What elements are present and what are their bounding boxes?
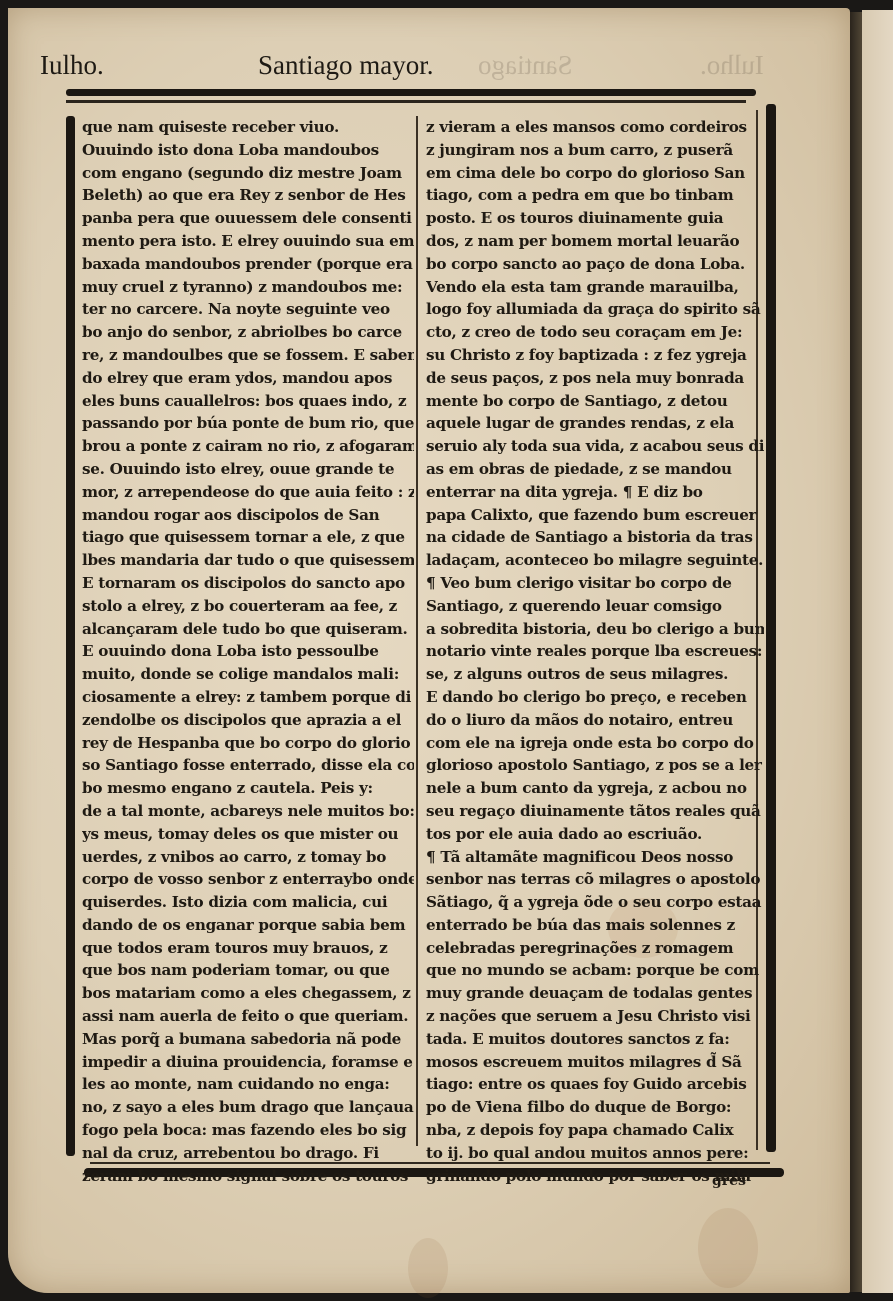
text-line: cto, z creo de todo seu coraçam em Je:	[426, 321, 764, 344]
text-line: stolo a elrey, z bo couerteram aa fee, z	[82, 595, 414, 618]
text-line: so Santiago fosse enterrado, disse ela c…	[82, 754, 414, 777]
text-line: z nações que seruem a Jesu Christo visi	[426, 1005, 764, 1028]
text-line: notario vinte reales porque lba escreues…	[426, 640, 764, 663]
text-line: que todos eram touros muy brauos, z	[82, 937, 414, 960]
text-line: seruio aly toda sua vida, z acabou seus …	[426, 435, 764, 458]
text-line: brou a ponte z cairam no rio, z afogaram	[82, 435, 414, 458]
text-line: com engano (segundo diz mestre Joam	[82, 162, 414, 185]
text-line: muy cruel z tyranno) z mandoubos me:	[82, 276, 414, 299]
text-line: que bos nam poderiam tomar, ou que	[82, 959, 414, 982]
text-line: tiago que quisessem tornar a ele, z que	[82, 526, 414, 549]
text-line: uerdes, z vnibos ao carro, z tomay bo	[82, 846, 414, 869]
text-line: rey de Hespanba que bo corpo do glorio	[82, 732, 414, 755]
text-line: muito, donde se colige mandalos mali:	[82, 663, 414, 686]
text-line: no, z sayo a eles bum drago que lançaua	[82, 1096, 414, 1119]
running-head-title: Santiago mayor.	[258, 50, 433, 81]
text-line: Vendo ela esta tam grande marauilba,	[426, 276, 764, 299]
text-line: ciosamente a elrey: z tambem porque di	[82, 686, 414, 709]
text-line: ys meus, tomay deles os que mister ou	[82, 823, 414, 846]
text-line: de a tal monte, acbareys nele muitos bo:	[82, 800, 414, 823]
text-line: a sobredita bistoria, deu bo clerigo a b…	[426, 618, 764, 641]
text-line: logo foy allumiada da graça do spirito s…	[426, 298, 764, 321]
text-line: zendolbe os discipolos que aprazia a el	[82, 709, 414, 732]
top-rule-thin	[66, 100, 746, 103]
text-line: impedir a diuina prouidencia, foramse e:	[82, 1051, 414, 1074]
text-line: dos, z nam per bomem mortal leuarão	[426, 230, 764, 253]
text-line: ¶ Veo bum clerigo visitar bo corpo de	[426, 572, 764, 595]
text-line: zeram bo mesmo signal sobre os touros	[82, 1165, 414, 1188]
column-separator	[416, 116, 418, 1146]
top-rule	[66, 89, 756, 96]
catchword: gres	[712, 1173, 746, 1189]
text-line: Mas porq̃ a bumana sabedoria nã pode	[82, 1028, 414, 1051]
text-line: lbes mandaria dar tudo o que quisessem.	[82, 549, 414, 572]
text-line: de seus paços, z pos nela muy bonrada	[426, 367, 764, 390]
text-line: to ij. bo qual andou muitos annos pere:	[426, 1142, 764, 1165]
text-line: ter no carcere. Na noyte seguinte veo	[82, 298, 414, 321]
text-line: passando por búa ponte de bum rio, que	[82, 412, 414, 435]
text-line: nele a bum canto da ygreja, z acbou no	[426, 777, 764, 800]
text-line: nba, z depois foy papa chamado Calix	[426, 1119, 764, 1142]
frame-right-bar	[766, 104, 776, 1152]
text-line: E ouuindo dona Loba isto pessoulbe	[82, 640, 414, 663]
text-line: mento pera isto. E elrey ouuindo sua em:	[82, 230, 414, 253]
running-head: Iulho. Santiago mayor.	[40, 50, 800, 90]
text-line: alcançaram dele tudo bo que quiseram.	[82, 618, 414, 641]
text-line: posto. E os touros diuinamente guia	[426, 207, 764, 230]
text-line: se. Ouuindo isto elrey, ouue grande te	[82, 458, 414, 481]
text-line: E dando bo clerigo bo preço, e receben	[426, 686, 764, 709]
text-line: glorioso apostolo Santiago, z pos se a l…	[426, 754, 764, 777]
text-line: nal da cruz, arrebentou bo drago. Fi	[82, 1142, 414, 1165]
text-line: Sãtiago, q̃ a ygreja õde o seu corpo est…	[426, 891, 764, 914]
text-line: as em obras de piedade, z se mandou	[426, 458, 764, 481]
text-line: tiago: entre os quaes foy Guido arcebis	[426, 1073, 764, 1096]
text-line: baxada mandoubos prender (porque era	[82, 253, 414, 276]
text-line: bo corpo sancto ao paço de dona Loba.	[426, 253, 764, 276]
text-line: Beleth) ao que era Rey z senbor de Hes	[82, 184, 414, 207]
text-line: que nam quiseste receber viuo.	[82, 116, 414, 139]
text-line: senbor nas terras cõ milagres o apostolo	[426, 868, 764, 891]
text-line: bos matariam como a eles chegassem, z	[82, 982, 414, 1005]
text-line: na cidade de Santiago a bistoria da tras	[426, 526, 764, 549]
text-line: su Christo z foy baptizada : z fez ygrej…	[426, 344, 764, 367]
text-line: se, z alguns outros de seus milagres.	[426, 663, 764, 686]
text-line: assi nam auerla de feito o que queriam.	[82, 1005, 414, 1028]
text-line: muy grande deuaçam de todalas gentes	[426, 982, 764, 1005]
text-line: seu regaço diuinamente tãtos reales quã	[426, 800, 764, 823]
text-line: re, z mandoulbes que se fossem. E saben	[82, 344, 414, 367]
text-line: tada. E muitos doutores sanctos z fa:	[426, 1028, 764, 1051]
left-text-column: que nam quiseste receber viuo.Ouuindo is…	[82, 116, 414, 1187]
running-head-month: Iulho.	[40, 50, 104, 81]
text-line: mente bo corpo de Santiago, z detou	[426, 390, 764, 413]
adjacent-page-edge	[862, 10, 893, 1293]
text-line: E tornaram os discipolos do sancto apo	[82, 572, 414, 595]
text-line: enterrar na dita ygreja. ¶ E diz bo	[426, 481, 764, 504]
text-line: tos por ele auia dado ao escriuão.	[426, 823, 764, 846]
text-line: do elrey que eram ydos, mandou apos	[82, 367, 414, 390]
text-line: bo mesmo engano z cautela. Peis y:	[82, 777, 414, 800]
text-line: tiago, com a pedra em que bo tinbam	[426, 184, 764, 207]
text-line: aquele lugar de grandes rendas, z ela	[426, 412, 764, 435]
text-line: eles buns cauallelros: bos quaes indo, z	[82, 390, 414, 413]
frame-left-bar	[66, 116, 75, 1156]
text-line: celebradas peregrinações z romagem	[426, 937, 764, 960]
text-line: Santiago, z querendo leuar comsigo	[426, 595, 764, 618]
right-text-column: z vieram a eles mansos como cordeirosz j…	[426, 116, 764, 1187]
text-line: em cima dele bo corpo do glorioso San	[426, 162, 764, 185]
text-line: que no mundo se acbam: porque be com	[426, 959, 764, 982]
text-line: papa Calixto, que fazendo bum escreuer	[426, 504, 764, 527]
text-line: mor, z arrependeose do que auia feito : …	[82, 481, 414, 504]
text-line: corpo de vosso senbor z enterraybo onde	[82, 868, 414, 891]
text-line: po de Viena filbo do duque de Borgo:	[426, 1096, 764, 1119]
text-line: ladaçam, aconteceo bo milagre seguinte.	[426, 549, 764, 572]
paper-stain	[698, 1208, 758, 1288]
text-line: z vieram a eles mansos como cordeiros	[426, 116, 764, 139]
text-line: panba pera que ouuessem dele consenti	[82, 207, 414, 230]
text-line: Ouuindo isto dona Loba mandoubos	[82, 139, 414, 162]
text-line: do o liuro da mãos do notairo, entreu	[426, 709, 764, 732]
text-line: bo anjo do senbor, z abriolbes bo carce	[82, 321, 414, 344]
text-line: fogo pela boca: mas fazendo eles bo sig	[82, 1119, 414, 1142]
text-line: mosos escreuem muitos milagres d̃ Sã	[426, 1051, 764, 1074]
paper-stain	[408, 1238, 448, 1298]
text-line: dando de os enganar porque sabia bem	[82, 914, 414, 937]
text-line: les ao monte, nam cuidando no enga:	[82, 1073, 414, 1096]
text-line: enterrado be búa das mais solennes z	[426, 914, 764, 937]
text-line: com ele na igreja onde esta bo corpo do	[426, 732, 764, 755]
text-line: quiserdes. Isto dizia com malicia, cui	[82, 891, 414, 914]
text-line: ¶ Tã altamãte magnificou Deos nosso	[426, 846, 764, 869]
text-line: z jungiram nos a bum carro, z puserã	[426, 139, 764, 162]
text-line: mandou rogar aos discipolos de San	[82, 504, 414, 527]
